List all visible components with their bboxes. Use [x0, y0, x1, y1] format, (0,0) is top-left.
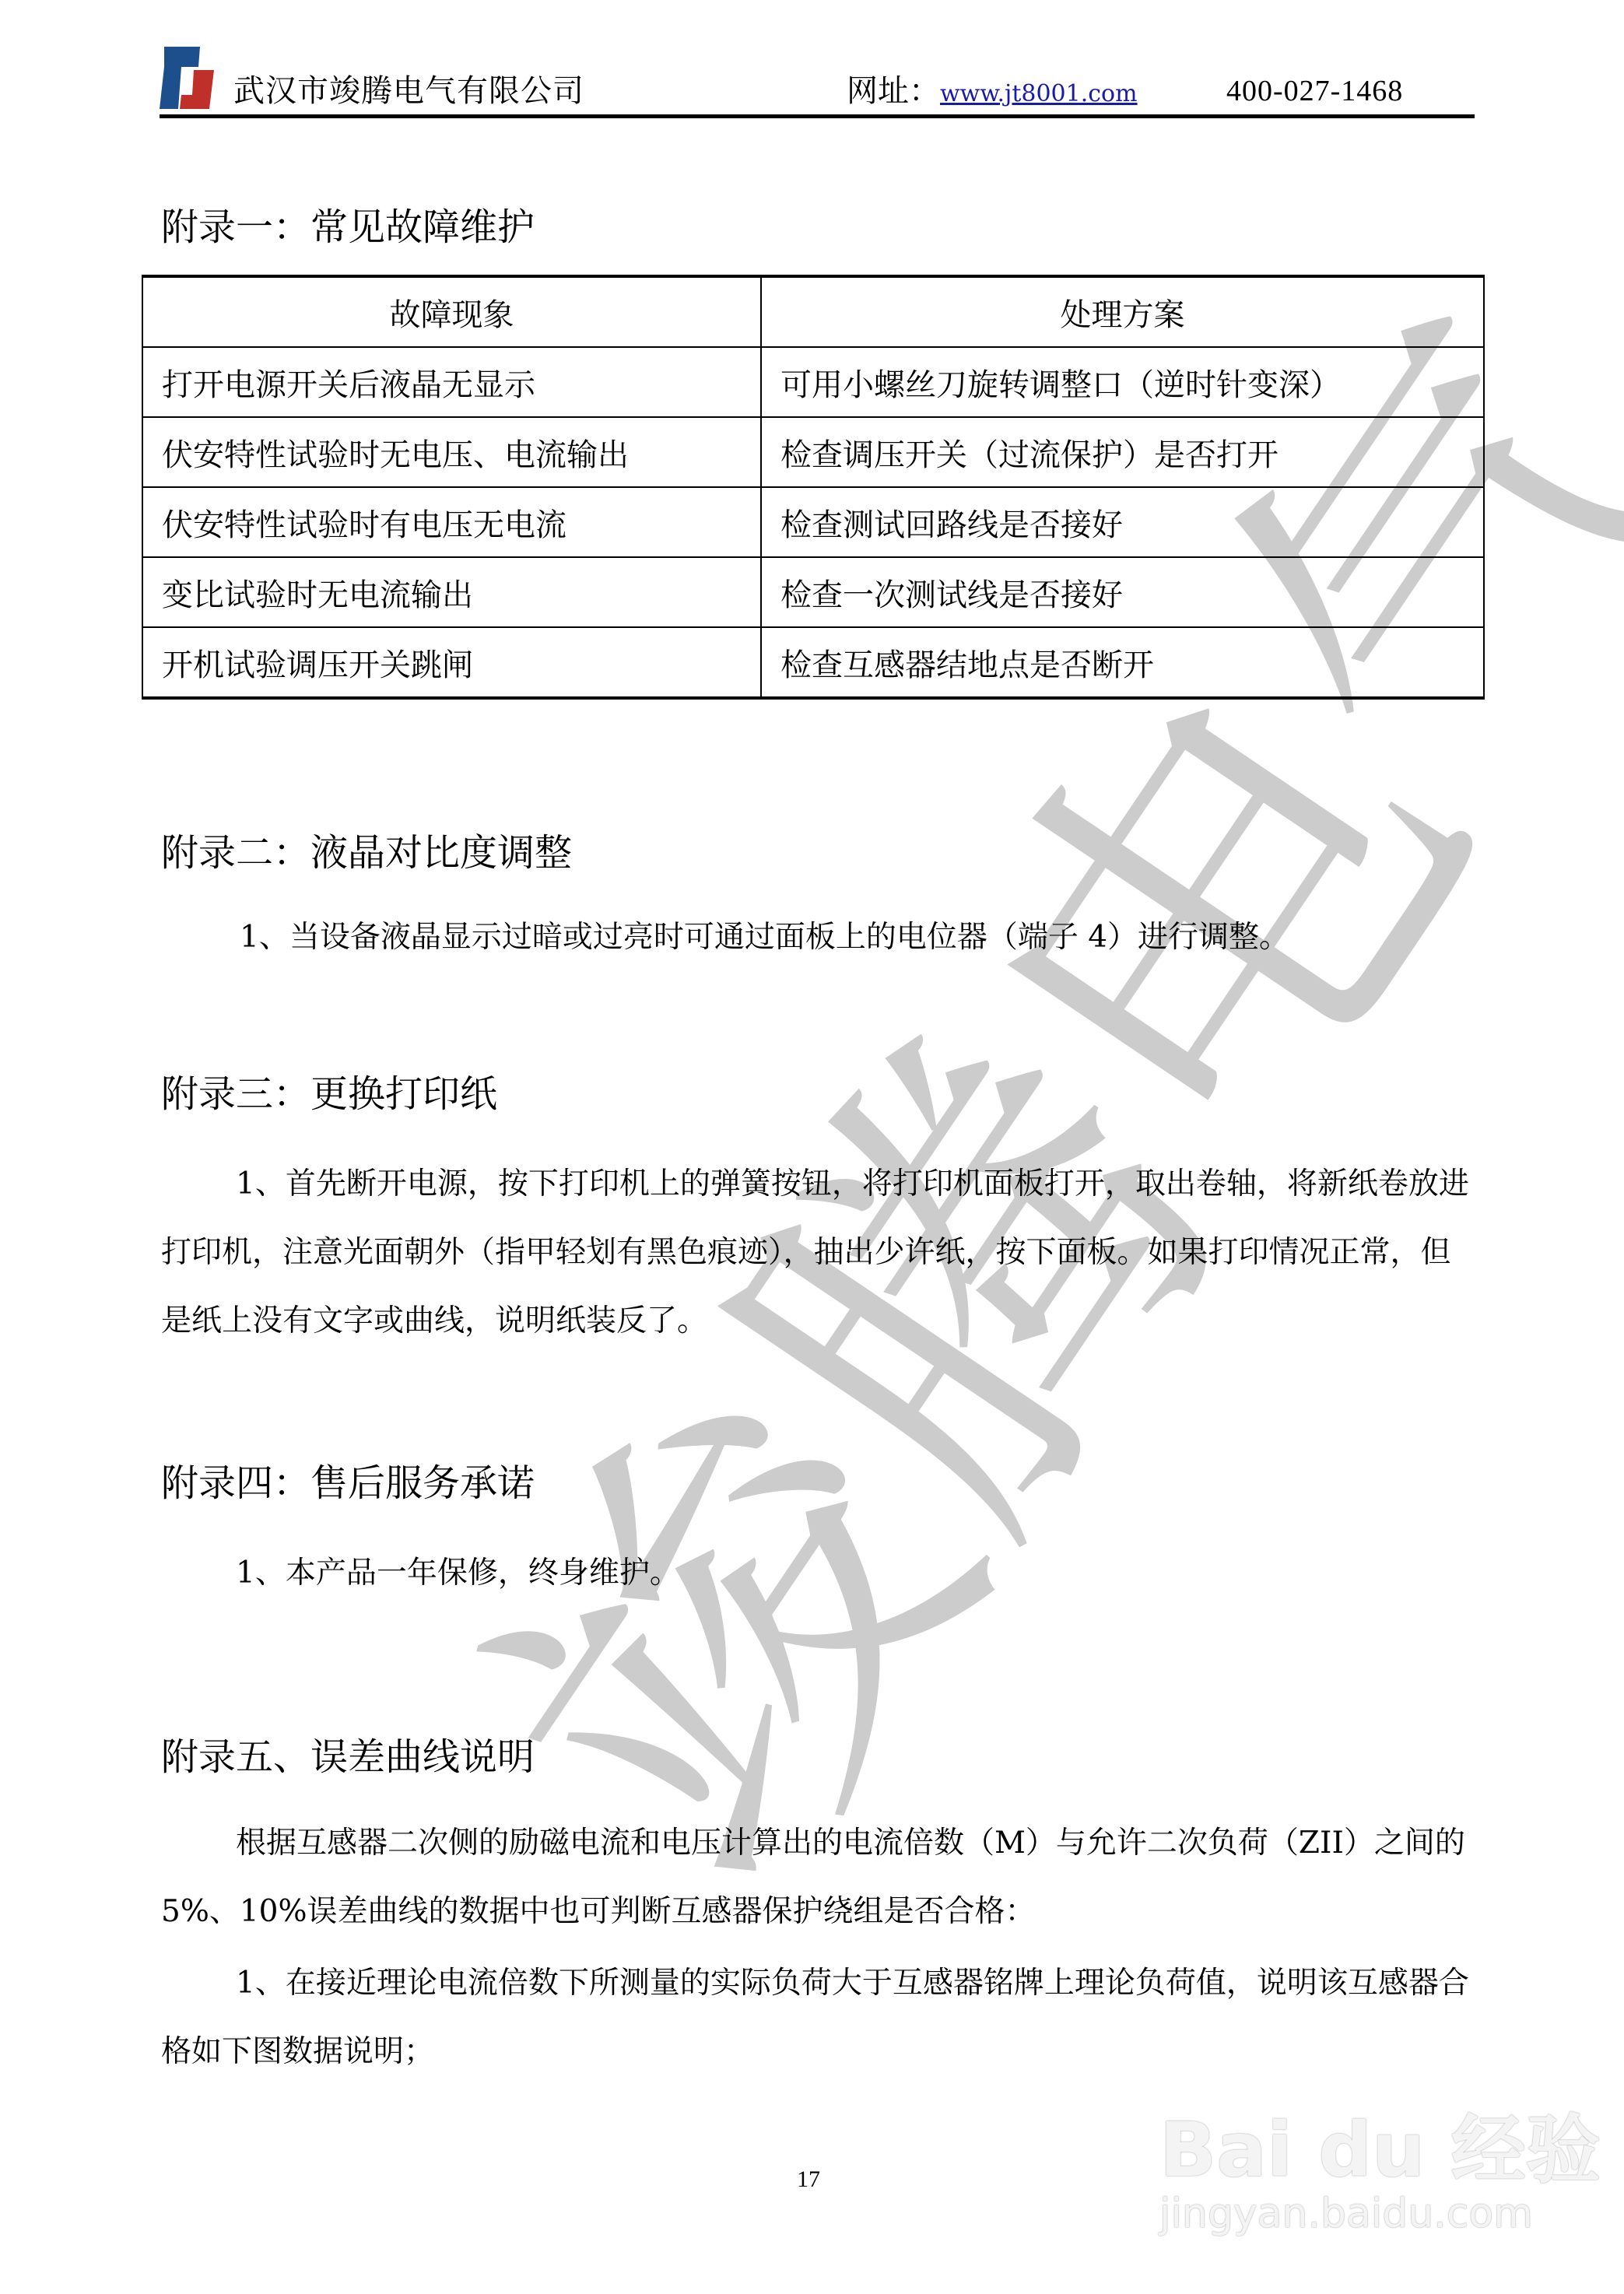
- section-title-appendix-5: 附录五、误差曲线说明: [161, 1734, 535, 1780]
- symptom-cell: 打开电源开关后液晶无显示: [142, 347, 761, 417]
- solution-cell: 检查一次测试线是否接好: [761, 557, 1484, 627]
- baidu-logo-text: Bai du 经验: [1159, 2113, 1601, 2187]
- solution-cell: 检查调压开关（过流保护）是否打开: [761, 417, 1484, 487]
- symptom-cell: 变比试验时无电流输出: [142, 557, 761, 627]
- section-title-appendix-2: 附录二：液晶对比度调整: [161, 830, 572, 876]
- section-title-appendix-4: 附录四：售后服务承诺: [161, 1460, 535, 1507]
- table-row: 开机试验调压开关跳闸 检查互感器结地点是否断开: [142, 627, 1484, 698]
- baidu-jingyan-watermark: Bai du 经验 jingyan.baidu.com: [1159, 2113, 1601, 2237]
- company-name: 武汉市竣腾电气有限公司: [233, 72, 584, 110]
- solution-cell: 可用小螺丝刀旋转调整口（逆时针变深）: [761, 347, 1484, 417]
- section-title-appendix-3: 附录三：更换打印纸: [161, 1071, 497, 1117]
- fault-table: 故障现象 处理方案 打开电源开关后液晶无显示 可用小螺丝刀旋转调整口（逆时针变深…: [142, 275, 1485, 700]
- paragraph: 1、在接近理论电流倍数下所测量的实际负荷大于互感器铭牌上理论负荷值，说明该互感器…: [161, 1949, 1476, 2086]
- paragraph: 1、本产品一年保修，终身维护。: [161, 1539, 1476, 1608]
- table-row: 伏安特性试验时无电压、电流输出 检查调压开关（过流保护）是否打开: [142, 417, 1484, 487]
- website-label: 网址：: [847, 73, 940, 109]
- paragraph-text: 1、在接近理论电流倍数下所测量的实际负荷大于互感器铭牌上理论负荷值，说明该互感器…: [161, 1966, 1469, 2069]
- table-row: 伏安特性试验时有电压无电流 检查测试回路线是否接好: [142, 487, 1484, 557]
- solution-cell: 检查测试回路线是否接好: [761, 487, 1484, 557]
- header-divider: [160, 114, 1475, 118]
- table-row: 打开电源开关后液晶无显示 可用小螺丝刀旋转调整口（逆时针变深）: [142, 347, 1484, 417]
- paragraph-text: 根据互感器二次侧的励磁电流和电压计算出的电流倍数（M）与允许二次负荷（ZII）之…: [161, 1826, 1465, 1929]
- solution-cell: 检查互感器结地点是否断开: [761, 627, 1484, 698]
- symptom-cell: 伏安特性试验时有电压无电流: [142, 487, 761, 557]
- paragraph-text: 1、首先断开电源，按下打印机上的弹簧按钮，将打印机面板打开，取出卷轴，将新纸卷放…: [161, 1166, 1469, 1338]
- website-link[interactable]: www.jt8001.com: [940, 80, 1138, 107]
- phone-number: 400-027-1468: [1226, 72, 1403, 110]
- symptom-cell: 开机试验调压开关跳闸: [142, 627, 761, 698]
- paragraph: 1、首先断开电源，按下打印机上的弹簧按钮，将打印机面板打开，取出卷轴，将新纸卷放…: [161, 1150, 1476, 1356]
- company-logo: [160, 47, 216, 109]
- page-number: 17: [797, 2166, 820, 2194]
- paragraph-text: 1、本产品一年保修，终身维护。: [236, 1556, 680, 1591]
- paragraph: 根据互感器二次侧的励磁电流和电压计算出的电流倍数（M）与允许二次负荷（ZII）之…: [161, 1809, 1476, 1946]
- paragraph: 1、当设备液晶显示过暗或过亮时可通过面板上的电位器（端子 4）进行调整。: [165, 903, 1480, 972]
- baidu-url-text: jingyan.baidu.com: [1159, 2191, 1601, 2237]
- paragraph-text: 1、当设备液晶显示过暗或过亮时可通过面板上的电位器（端子 4）进行调整。: [240, 920, 1289, 955]
- table-row: 变比试验时无电流输出 检查一次测试线是否接好: [142, 557, 1484, 627]
- table-header-row: 故障现象 处理方案: [142, 276, 1484, 347]
- symptom-cell: 伏安特性试验时无电压、电流输出: [142, 417, 761, 487]
- logo-mark-icon: [160, 47, 216, 109]
- column-header-symptom: 故障现象: [142, 276, 761, 347]
- website: 网址：www.jt8001.com: [847, 72, 1138, 114]
- column-header-solution: 处理方案: [761, 276, 1484, 347]
- section-title-appendix-1: 附录一：常见故障维护: [161, 204, 535, 251]
